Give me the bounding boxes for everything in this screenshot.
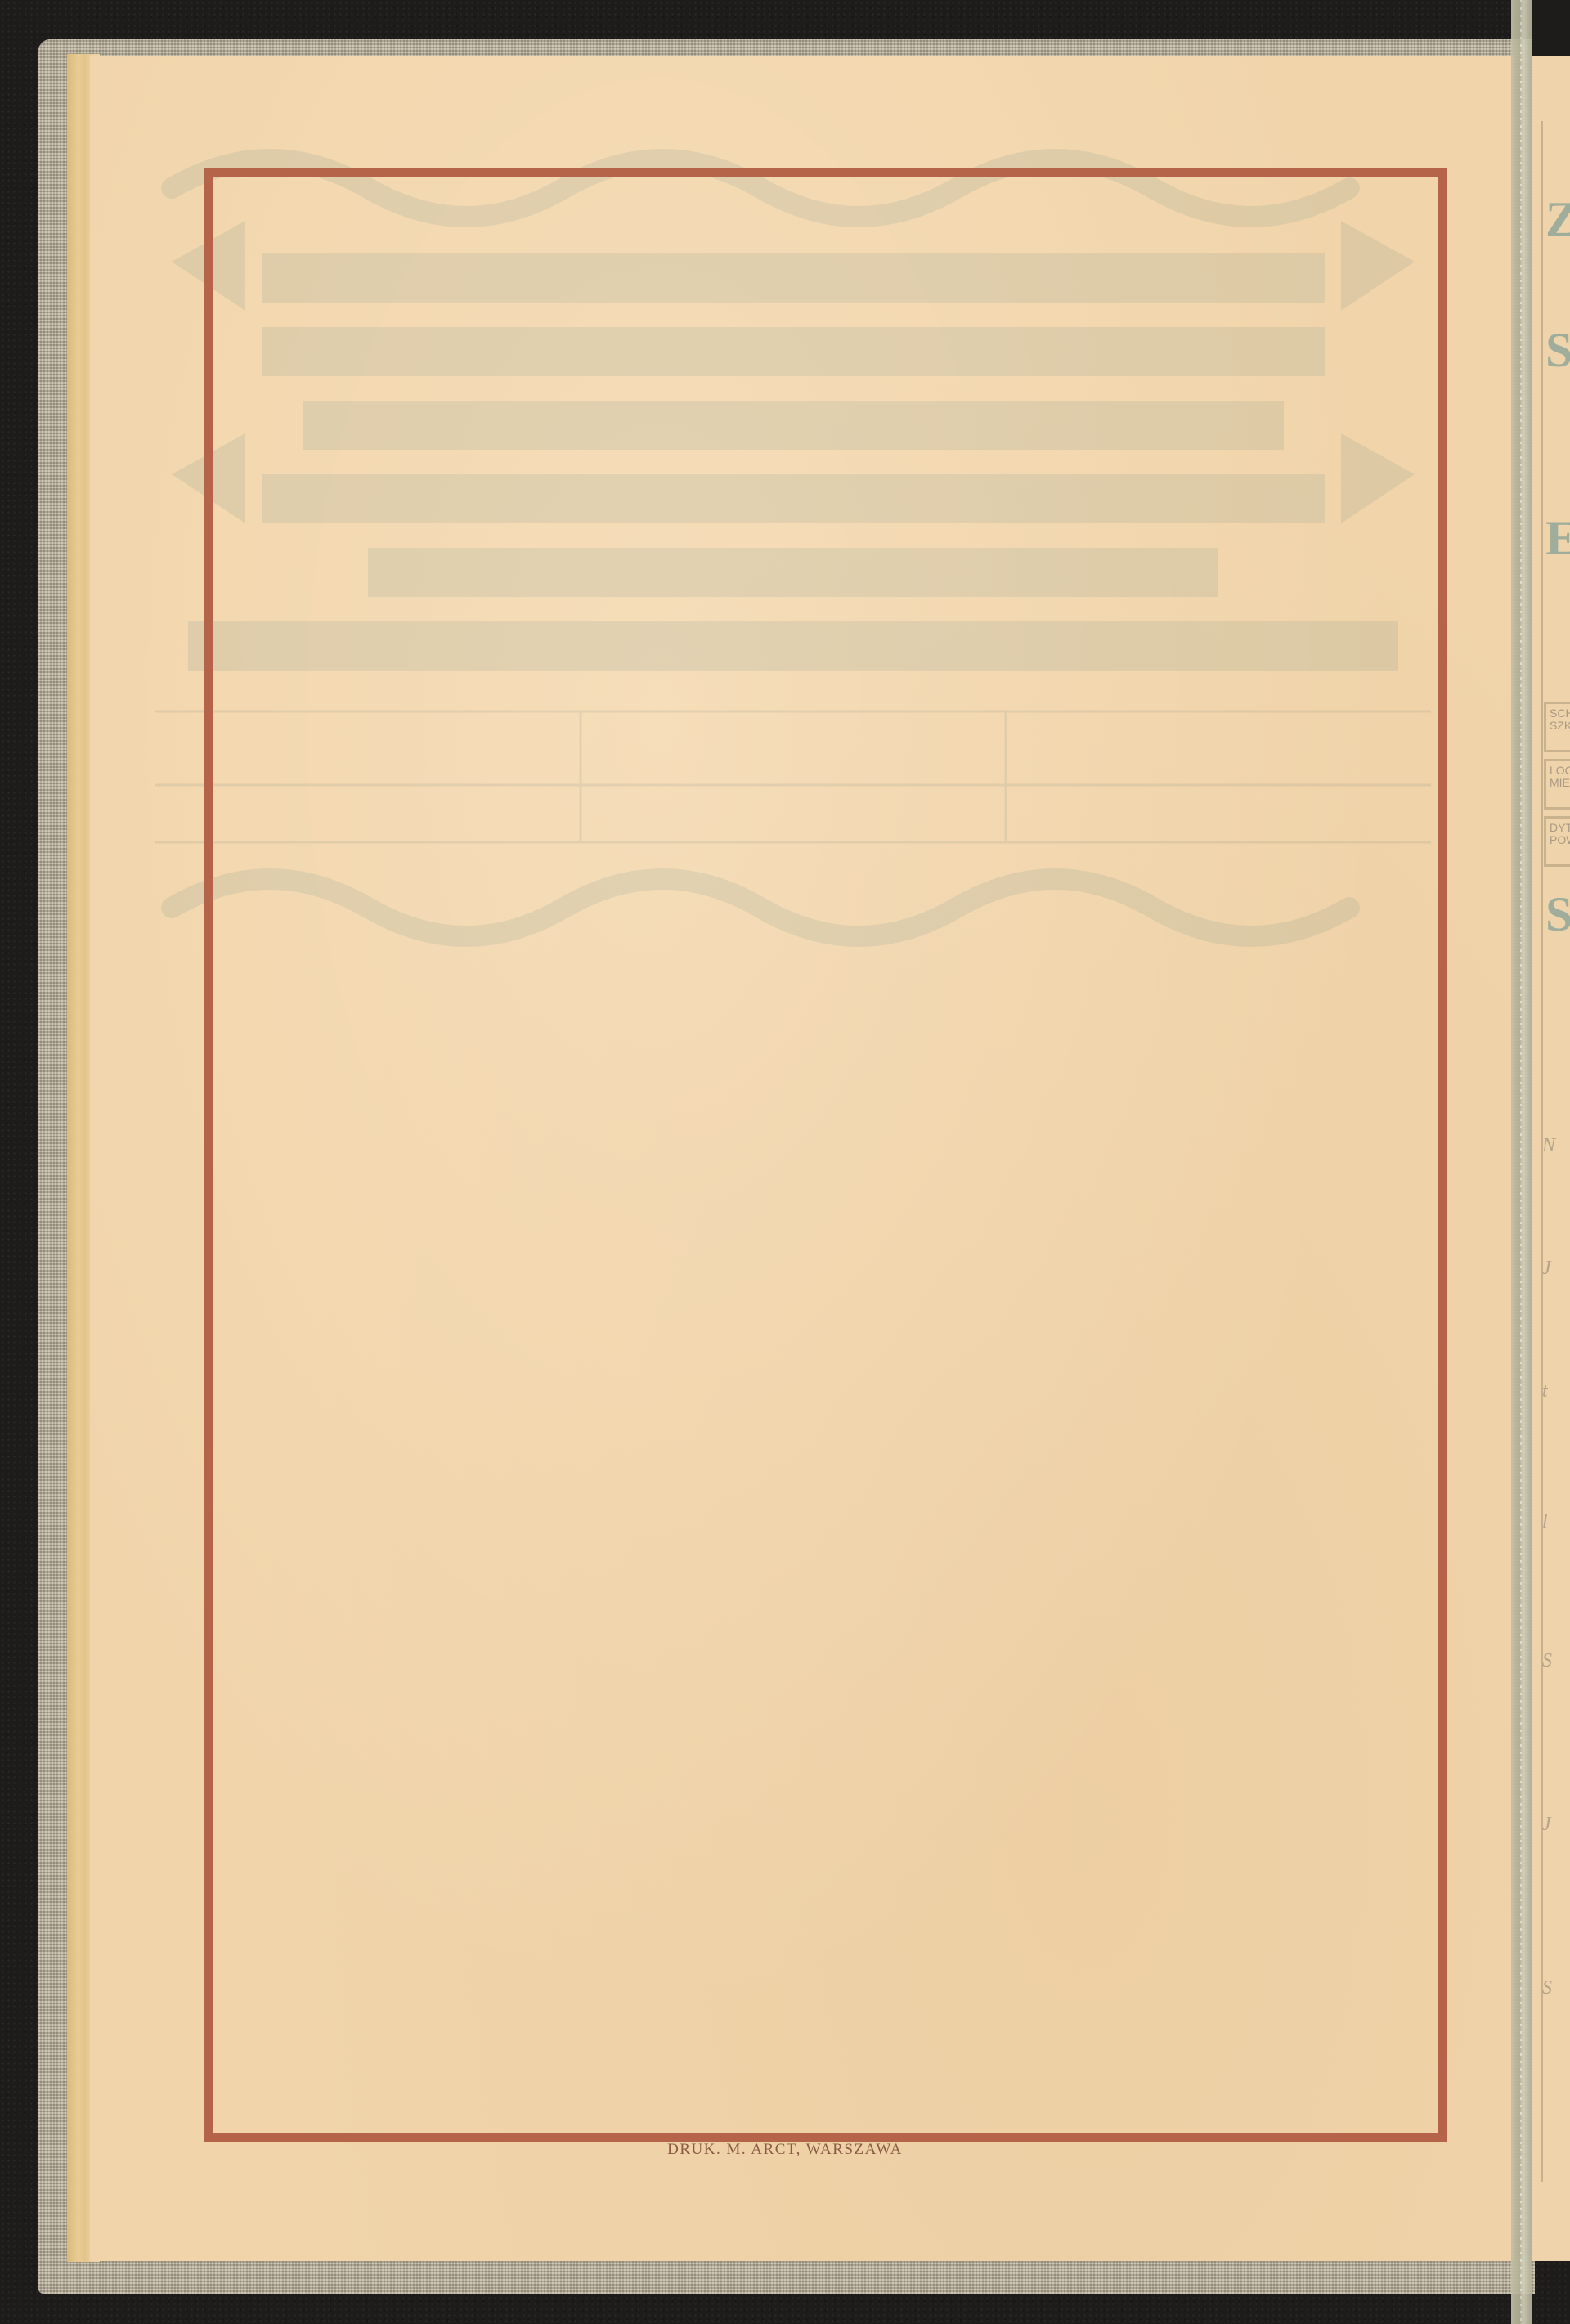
fragment-text: DYT [1550,821,1570,834]
ornament-glyph: S [1545,890,1570,939]
handwriting-mark: l [1542,1511,1548,1533]
ornament-glyph: E [1545,514,1570,563]
facing-page-sliver: Z S E SCH SZK LOC MIE DYT POW S N J t l … [1532,56,1570,2261]
handwriting-mark: J [1542,1814,1551,1836]
fragment-text: LOC [1550,764,1570,777]
fragment-text: SCH [1550,707,1570,720]
fragment-text: POW [1550,833,1570,846]
handwriting-mark: J [1542,1258,1551,1280]
handwriting-mark: N [1542,1135,1555,1157]
handwriting-mark: S [1542,1977,1552,1999]
book-gutter [1511,0,1532,2324]
facing-page-box: SCH SZK [1544,702,1570,752]
facing-page-box: LOC MIE [1544,759,1570,810]
handwriting-mark: S [1542,1650,1552,1672]
handwriting-mark: t [1542,1380,1548,1402]
ornament-glyph: Z [1545,195,1570,244]
facing-page-box: DYT POW [1544,816,1570,867]
fragment-text: MIE [1550,776,1570,789]
fragment-text: SZK [1550,719,1570,732]
printer-imprint: DRUK. M. ARCT, WARSZAWA [0,2141,1570,2159]
scan-background-corner [1532,0,1570,56]
ornament-glyph: S [1545,325,1570,375]
red-printed-frame [204,168,1447,2142]
